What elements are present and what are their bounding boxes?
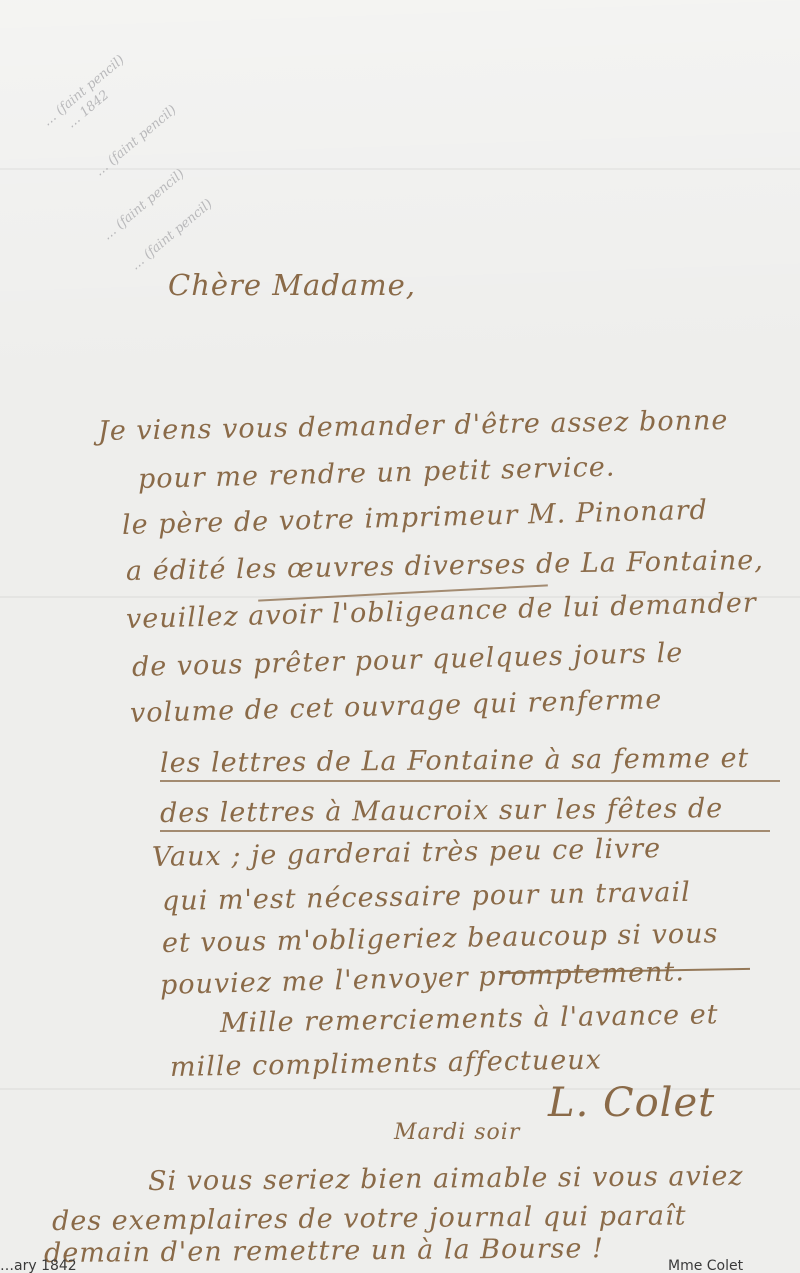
body-line: Je viens vous demander d'être assez bonn…	[98, 405, 729, 447]
archival-date-label: …ary 1842	[0, 1258, 77, 1273]
body-line: veuillez avoir l'obligeance de lui deman…	[126, 587, 758, 635]
body-line: Mille remerciements à l'avance et	[220, 999, 719, 1039]
archival-name-label: Mme Colet	[668, 1258, 743, 1273]
body-line: qui m'est nécessaire pour un travail	[162, 877, 691, 917]
body-line: des lettres à Maucroix sur les fêtes de	[160, 793, 723, 829]
body-line: et vous m'obligeriez beaucoup si vous	[162, 918, 719, 959]
body-line: le père de votre imprimeur M. Pinonard	[122, 495, 709, 541]
dateline: Mardi soir	[394, 1120, 520, 1145]
body-line: Vaux ; je garderai très peu ce livre	[152, 833, 662, 873]
paper-fold	[0, 168, 800, 170]
underline-rule	[160, 780, 780, 782]
signature: L. Colet	[548, 1080, 715, 1126]
underline-rule	[160, 830, 770, 832]
body-line: de vous prêter pour quelques jours le	[132, 638, 684, 683]
letter-sheet: … (faint pencil) … 1842 … (faint pencil)…	[0, 0, 800, 1273]
body-line: mille compliments affectueux	[170, 1044, 602, 1083]
body-line-text: a édité les œuvres diverses de La Fontai…	[126, 545, 764, 587]
postscript-line: demain d'en remettre un à la Bourse !	[44, 1233, 604, 1269]
body-line: a édité les œuvres diverses de La Fontai…	[126, 545, 764, 587]
body-line: pouviez me l'envoyer promptement.	[160, 956, 686, 1001]
postscript-line: des exemplaires de votre journal qui par…	[52, 1200, 687, 1237]
postscript-line: Si vous seriez bien aimable si vous avie…	[148, 1161, 744, 1197]
body-line: volume de cet ouvrage qui renferme	[130, 684, 663, 729]
body-line: les lettres de La Fontaine à sa femme et	[160, 743, 750, 779]
salutation: Chère Madame,	[168, 268, 416, 302]
body-line: pour me rendre un petit service.	[138, 452, 616, 495]
